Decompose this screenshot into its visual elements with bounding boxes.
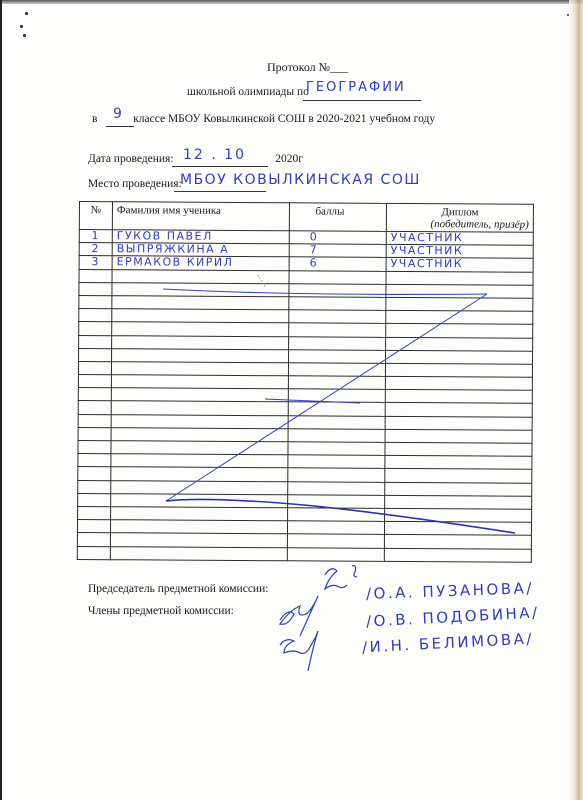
place-line: Место проведения: [88,178,182,190]
table-body: 1 Гуков Павел 0 участник 2 Выпряжкина А … [77,230,533,562]
scan-speck [25,12,28,15]
member-name-2: /И.Н. Белимова/ [362,630,535,657]
row-num: 3 [91,256,100,269]
protocol-title: Протокол №___ [267,60,348,75]
date-suffix: 2020г [275,153,303,165]
scan-edge-left [0,0,2,800]
subject-value: географии [306,80,406,95]
row-score: 0 [310,231,319,244]
place-value: МБОУ Ковылкинская СОШ [180,172,421,188]
header-diploma-sub: (победитель, призёр) [391,218,529,231]
scan-speck [20,25,23,28]
scan-speck [567,14,569,16]
table-row-empty [77,546,531,562]
subject-underline [303,100,421,101]
place-label: Место проведения: [88,178,182,190]
row-num: 2 [91,242,100,255]
chair-name: /О.А. Пузанова/ [366,579,534,603]
subject-line: школьной олимпиады по [187,86,309,98]
row-name: Гуков Павел [117,229,213,243]
members-label: Члены предметной комиссии: [88,605,234,617]
member1-signature [280,596,318,636]
header-name: Фамилия имя ученика [112,202,289,231]
row-name: Ермаков Кирил [117,256,234,270]
header-diploma: Диплом (победитель, призёр) [386,203,533,232]
scan-speck [23,34,26,37]
results-table: № Фамилия имя ученика баллы Диплом (побе… [77,201,534,562]
class-line: в классе МБОУ Ковылкинской СОШ в 2020-20… [92,113,435,125]
row-diploma: участник [391,231,464,244]
row-score: 7 [310,244,319,257]
class-value: 9 [113,106,124,122]
header-score: баллы [289,203,386,232]
table-header-row: № Фамилия имя ученика баллы Диплом (побе… [79,202,533,233]
row-num: 1 [91,229,100,242]
row-diploma: участник [391,257,464,270]
date-value: 12 . 10 [183,147,246,163]
chair-label: Председатель предметной комиссии: [88,583,268,595]
place-underline [174,191,266,192]
member-name-1: /О.В. Подобина/ [366,603,540,630]
class-underline [106,126,134,127]
date-underline [172,166,268,167]
row-diploma: участник [391,244,464,257]
member2-signature [280,631,318,671]
subject-prefix: школьной олимпиады по [187,86,309,98]
scan-edge-top [0,0,583,4]
header-diploma-title: Диплом [391,206,529,219]
scan-edge-right [569,0,583,800]
date-label: Дата проведения: [88,153,174,165]
row-score: 6 [310,257,319,270]
row-name: Выпряжкина А [117,243,230,257]
header-num: № [79,202,112,230]
chair-signature [325,566,357,589]
class-suffix: классе МБОУ Ковылкинской СОШ в 2020-2021… [133,113,435,125]
class-prefix: в [92,113,97,125]
